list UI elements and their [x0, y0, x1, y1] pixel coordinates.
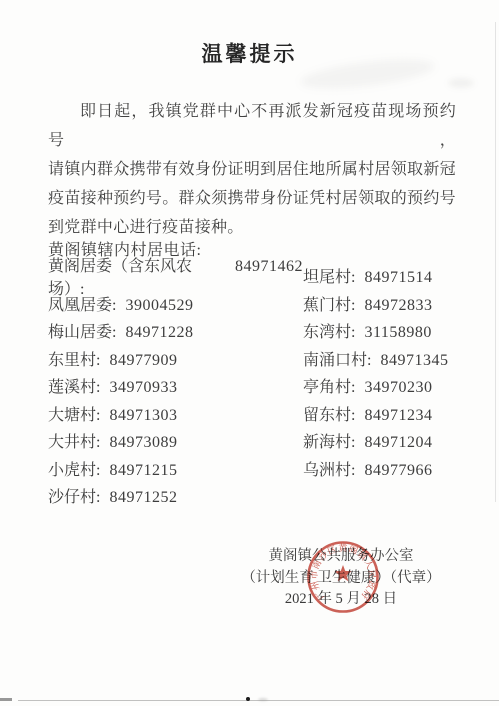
phone-number: 84971204: [364, 434, 432, 452]
issue-date: 2021 年 5 月 28 日: [233, 589, 449, 611]
phone-number: 84972833: [364, 297, 432, 315]
scan-page-edge: [0, 698, 12, 701]
paragraph-line: 疫苗接种预约号。群众须携带身份证凭村居领取的预约号: [48, 184, 456, 213]
phone-row: 大井村:84973089 新海村:84971204: [48, 427, 483, 455]
phone-entry: 新海村:84971204: [303, 429, 483, 452]
phone-row: 东里村:84977909 南涌口村:84971345: [48, 345, 483, 373]
phone-entry: 莲溪村:34970933: [48, 374, 303, 397]
phone-number: 84977966: [364, 462, 432, 480]
village-name: 留东村:: [303, 402, 355, 425]
phone-entry: 沙仔村:84971252: [48, 484, 303, 507]
village-name: 沙仔村:: [48, 484, 100, 507]
phone-number: 84971345: [380, 352, 448, 370]
village-name: 莲溪村:: [48, 374, 100, 397]
phone-number: 84971252: [109, 489, 177, 507]
phone-row: 莲溪村:34970933 亭角村:34970230: [48, 372, 483, 400]
phone-entry: 乌洲村:84977966: [303, 457, 483, 480]
phone-number: 84971514: [364, 269, 432, 287]
village-name: 南涌口村:: [303, 347, 371, 370]
village-name: 东里村:: [48, 347, 100, 370]
phone-number: 39004529: [125, 297, 193, 315]
village-name: 蕉门村:: [303, 292, 355, 315]
paragraph-line: 即日起，我镇党群中心不再派发新冠疫苗现场预约号，: [48, 97, 456, 155]
phone-entry: 东里村:84977909: [48, 347, 303, 370]
paragraph-line: 请镇内群众携带有效身份证明到居住地所属村居领取新冠: [48, 155, 456, 184]
phone-row: 黄阁居委（含东风农场）:84971462 坦尾村:84971514: [48, 262, 483, 290]
village-name: 大塘村:: [48, 402, 100, 425]
phone-entry: 大井村:84973089: [48, 429, 303, 452]
scan-smudge: [448, 78, 474, 88]
village-name: 梅山居委:: [48, 319, 116, 342]
phone-row: 凤凰居委:39004529 蕉门村:84972833: [48, 290, 483, 318]
scan-speck: [246, 697, 250, 701]
phone-entry: 小虎村:84971215: [48, 457, 303, 480]
notice-paragraph: 即日起，我镇党群中心不再派发新冠疫苗现场预约号， 请镇内群众携带有效身份证明到居…: [48, 97, 456, 242]
phone-number: 84973089: [109, 434, 177, 452]
village-name: 坦尾村:: [303, 264, 355, 287]
phone-entry: 梅山居委:84971228: [48, 319, 303, 342]
phone-number: 84971303: [109, 407, 177, 425]
phone-entry: 凤凰居委:39004529: [48, 292, 303, 315]
phone-entry: 蕉门村:84972833: [303, 292, 483, 315]
issuing-department: （计划生育 卫生健康）（代章）: [233, 568, 449, 590]
phone-entry: 南涌口村:84971345: [303, 347, 483, 370]
phone-entry: 坦尾村:84971514: [303, 264, 483, 287]
phone-number: 84971228: [125, 324, 193, 342]
village-name: 小虎村:: [48, 457, 100, 480]
phone-entry: 东湾村:31158980: [303, 319, 483, 342]
village-name: 东湾村:: [303, 319, 355, 342]
phone-entry: 亭角村:34970230: [303, 374, 483, 397]
phone-directory: 黄阁居委（含东风农场）:84971462 坦尾村:84971514 凤凰居委:3…: [48, 262, 483, 510]
village-name: 新海村:: [303, 429, 355, 452]
phone-entry: 留东村:84971234: [303, 402, 483, 425]
village-name: 大井村:: [48, 429, 100, 452]
phone-row: 梅山居委:84971228 东湾村:31158980: [48, 317, 483, 345]
phone-number: 34970230: [364, 379, 432, 397]
page-title: 温馨提示: [0, 38, 499, 68]
phone-row: 沙仔村:84971252: [48, 482, 483, 510]
phone-number: 84971215: [109, 462, 177, 480]
phone-number: 31158980: [364, 324, 431, 342]
phone-number: 84971462: [235, 258, 303, 276]
village-name: 亭角村:: [303, 374, 355, 397]
village-name: 乌洲村:: [303, 457, 355, 480]
scan-speck: [258, 698, 268, 701]
village-name: 凤凰居委:: [48, 292, 116, 315]
scanned-notice-page: 温馨提示 即日起，我镇党群中心不再派发新冠疫苗现场预约号， 请镇内群众携带有效身…: [0, 0, 499, 706]
issuing-office: 黄阁镇公共服务办公室: [233, 546, 449, 568]
signature-block: 黄阁镇公共服务办公室 （计划生育 卫生健康）（代章） 2021 年 5 月 28…: [233, 546, 449, 611]
scan-page-edge: [495, 22, 496, 502]
phone-entry: 大塘村:84971303: [48, 402, 303, 425]
phone-number: 84971234: [364, 407, 432, 425]
phone-row: 小虎村:84971215 乌洲村:84977966: [48, 455, 483, 483]
phone-number: 34970933: [109, 379, 177, 397]
phone-number: 84977909: [109, 352, 177, 370]
phone-row: 大塘村:84971303 留东村:84971234: [48, 400, 483, 428]
